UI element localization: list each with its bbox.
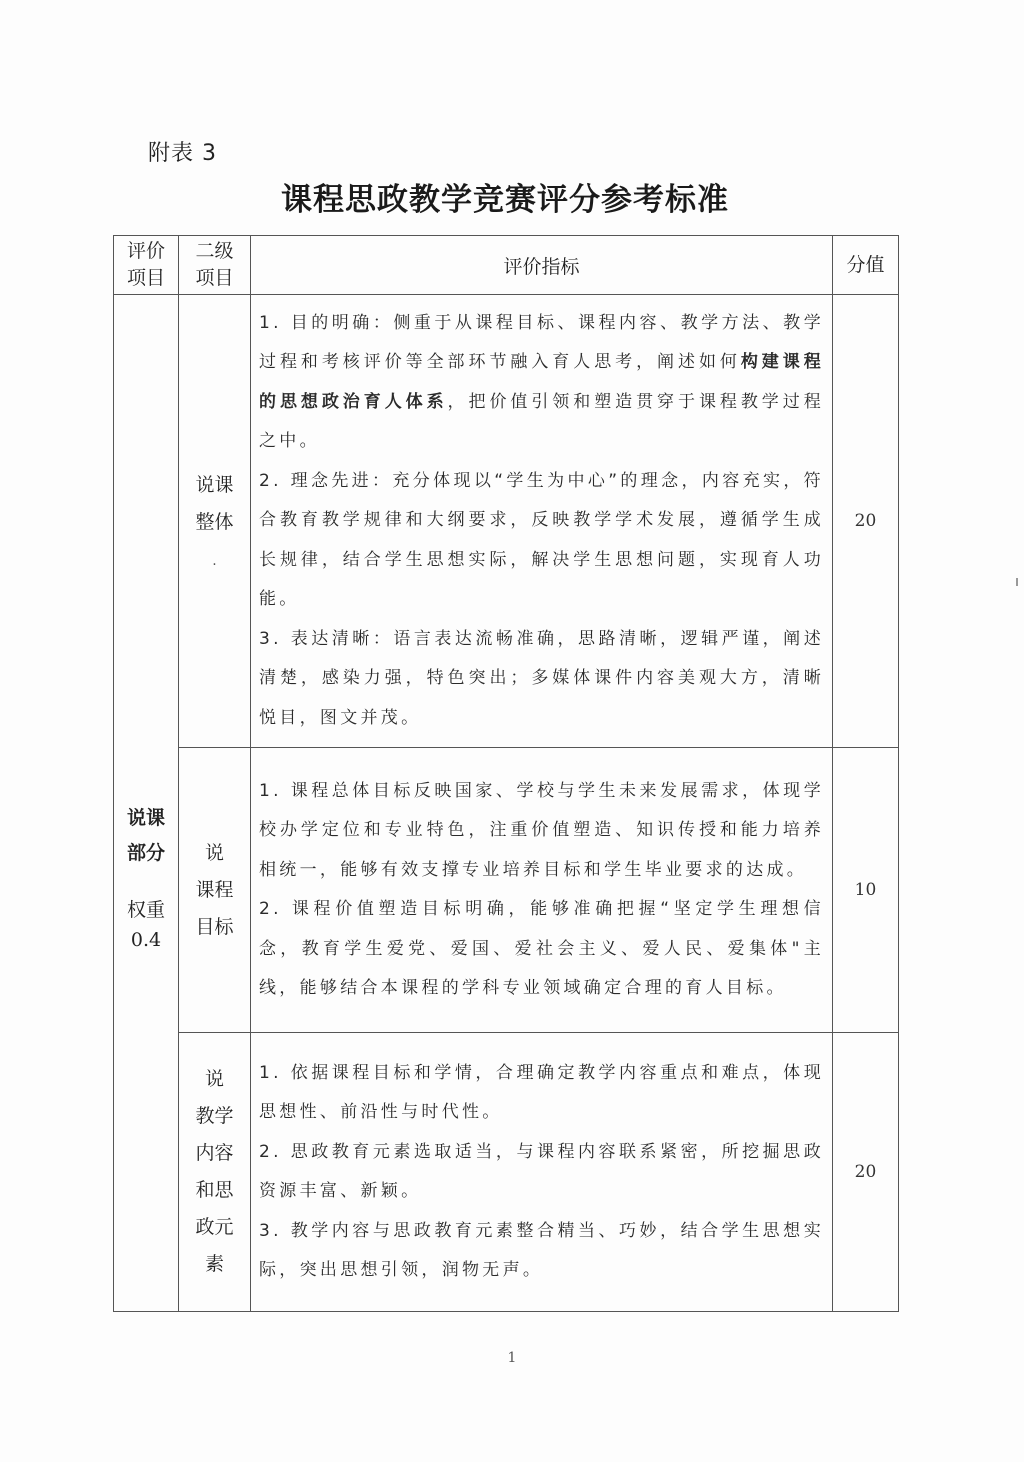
score-cell: 20 — [833, 1033, 899, 1312]
header-score: 分值 — [833, 236, 899, 295]
category-weight-label: 权重 — [114, 895, 178, 925]
criterion-item: 2. 思政教育元素选取适当，与课程内容联系紧密，所挖掘思政资源丰富、新颖。 — [259, 1133, 824, 1212]
document-title: 课程思政教学竞赛评分参考标准 — [0, 174, 1010, 219]
score-cell: 10 — [833, 748, 899, 1033]
score-cell: 20 — [833, 295, 899, 748]
subcategory-cell: 说 课程 目标 — [179, 748, 251, 1033]
table-row: 说 教学 内容 和思 政元 素 1. 依据课程目标和学情，合理确定教学内容重点和… — [114, 1033, 899, 1312]
category-cell: 说课 部分 权重 0.4 — [114, 295, 179, 1312]
criterion-item: 2. 课程价值塑造目标明确，能够准确把握“坚定学生理想信念，教育学生爱党、爱国、… — [259, 890, 824, 1009]
subcategory-line: 整体 — [179, 504, 250, 541]
subcategory-cell: 说 教学 内容 和思 政元 素 — [179, 1033, 251, 1312]
table-row: 说课 部分 权重 0.4 说课 整体 · 1. 目的明确：侧重于从课程目标、课程… — [114, 295, 899, 748]
subcategory-line: 说课 — [179, 467, 250, 504]
subcategory-cell: 说课 整体 · — [179, 295, 251, 748]
document-page: 附表 3 课程思政教学竞赛评分参考标准 评价 项目 二级 项目 评价指标 分值 … — [0, 0, 1024, 1462]
page-number: 1 — [0, 1350, 1024, 1366]
appendix-label: 附表 3 — [148, 136, 217, 167]
header-subcategory-line: 二级 — [179, 238, 250, 265]
scan-dot-mark: · — [179, 555, 250, 575]
criteria-cell: 1. 依据课程目标和学情，合理确定教学内容重点和难点，体现思想性、前沿性与时代性… — [251, 1033, 833, 1312]
criterion-text: 1. 目的明确：侧重于从课程目标、课程内容、教学方法、教学过程和考核评价等全部环… — [259, 313, 824, 373]
table-row: 说 课程 目标 1. 课程总体目标反映国家、学校与学生未来发展需求，体现学校办学… — [114, 748, 899, 1033]
header-criteria: 评价指标 — [251, 236, 833, 295]
subcategory-line: 教学 — [179, 1098, 250, 1135]
subcategory-line: 素 — [179, 1246, 250, 1283]
category-name-line: 说课 — [114, 801, 178, 836]
table-header-row: 评价 项目 二级 项目 评价指标 分值 — [114, 236, 899, 295]
header-subcategory-line: 项目 — [179, 265, 250, 292]
subcategory-line: 说 — [179, 835, 250, 872]
subcategory-line: 和思 — [179, 1172, 250, 1209]
criterion-item: 3. 教学内容与思政教育元素整合精当、巧妙，结合学生思想实际，突出思想引领，润物… — [259, 1212, 824, 1291]
category-weight-value: 0.4 — [114, 925, 178, 955]
category-name: 说课 部分 — [114, 651, 178, 871]
category-name-line: 部分 — [114, 836, 178, 871]
scan-artifact — [1016, 578, 1018, 586]
header-subcategory: 二级 项目 — [179, 236, 251, 295]
criterion-item: 1. 目的明确：侧重于从课程目标、课程内容、教学方法、教学过程和考核评价等全部环… — [259, 304, 824, 462]
subcategory-line: 课程 — [179, 872, 250, 909]
criteria-cell: 1. 目的明确：侧重于从课程目标、课程内容、教学方法、教学过程和考核评价等全部环… — [251, 295, 833, 748]
subcategory-line: 说 — [179, 1061, 250, 1098]
subcategory-line: 政元 — [179, 1209, 250, 1246]
criterion-item: 1. 课程总体目标反映国家、学校与学生未来发展需求，体现学校办学定位和专业特色，… — [259, 772, 824, 891]
subcategory-line: 目标 — [179, 909, 250, 946]
scoring-criteria-table: 评价 项目 二级 项目 评价指标 分值 说课 部分 权重 0.4 说课 — [113, 235, 899, 1312]
criterion-item: 2. 理念先进：充分体现以“学生为中心”的理念，内容充实，符合教育教学规律和大纲… — [259, 462, 824, 620]
header-category: 评价 项目 — [114, 236, 179, 295]
criteria-cell: 1. 课程总体目标反映国家、学校与学生未来发展需求，体现学校办学定位和专业特色，… — [251, 748, 833, 1033]
subcategory-line: 内容 — [179, 1135, 250, 1172]
criterion-item: 1. 依据课程目标和学情，合理确定教学内容重点和难点，体现思想性、前沿性与时代性… — [259, 1054, 824, 1133]
criterion-item: 3. 表达清晰：语言表达流畅准确，思路清晰，逻辑严谨，阐述清楚，感染力强，特色突… — [259, 620, 824, 739]
header-category-line: 评价 — [114, 238, 178, 265]
header-category-line: 项目 — [114, 265, 178, 292]
